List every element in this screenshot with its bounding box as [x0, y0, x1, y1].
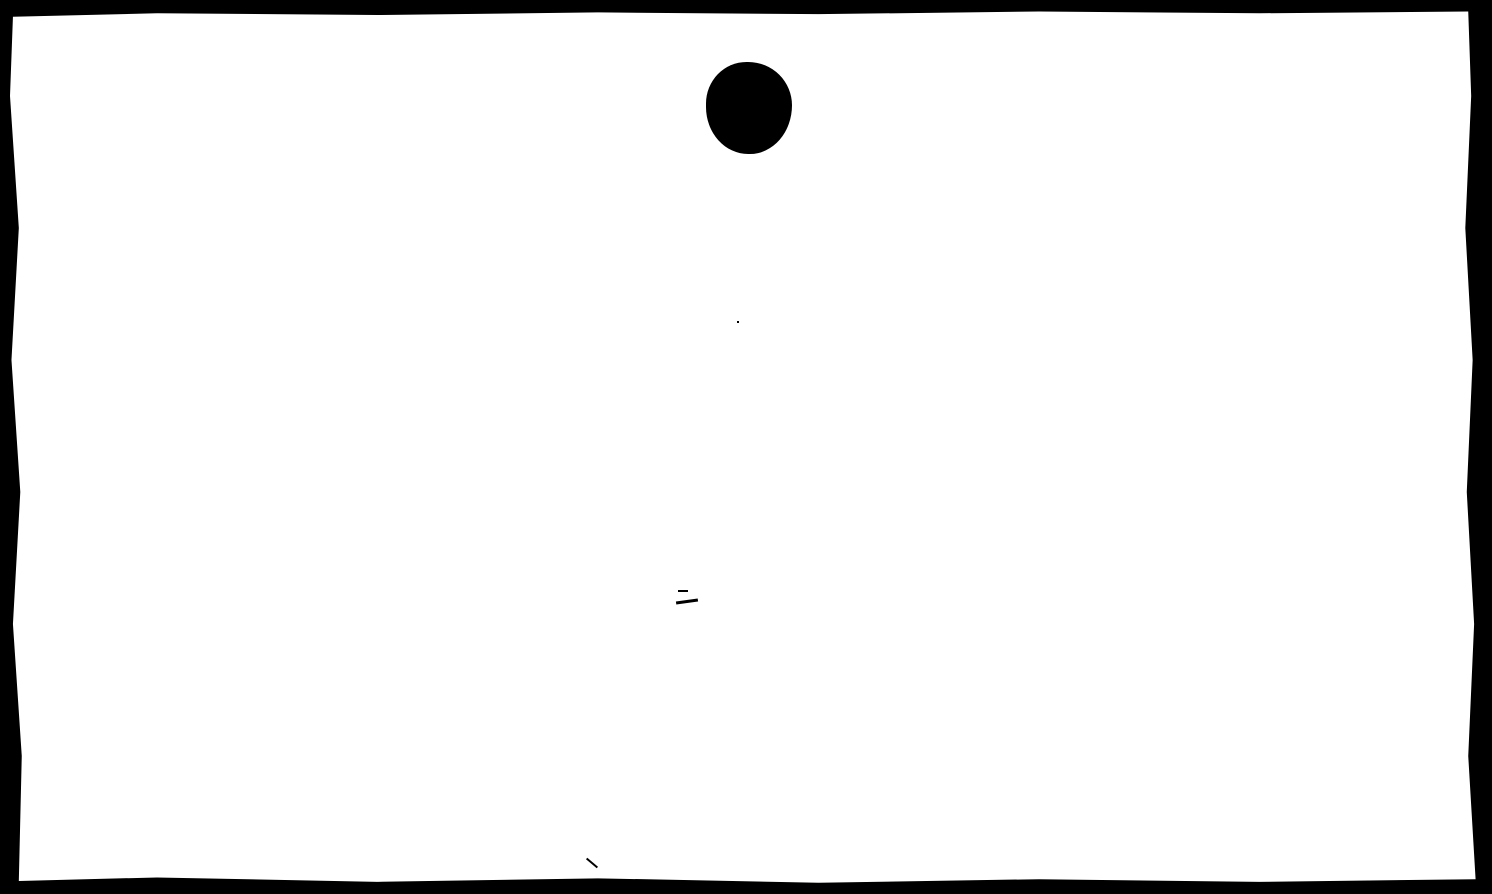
ink-speck — [737, 321, 739, 323]
punch-hole — [706, 62, 792, 154]
ink-speck — [678, 590, 688, 592]
